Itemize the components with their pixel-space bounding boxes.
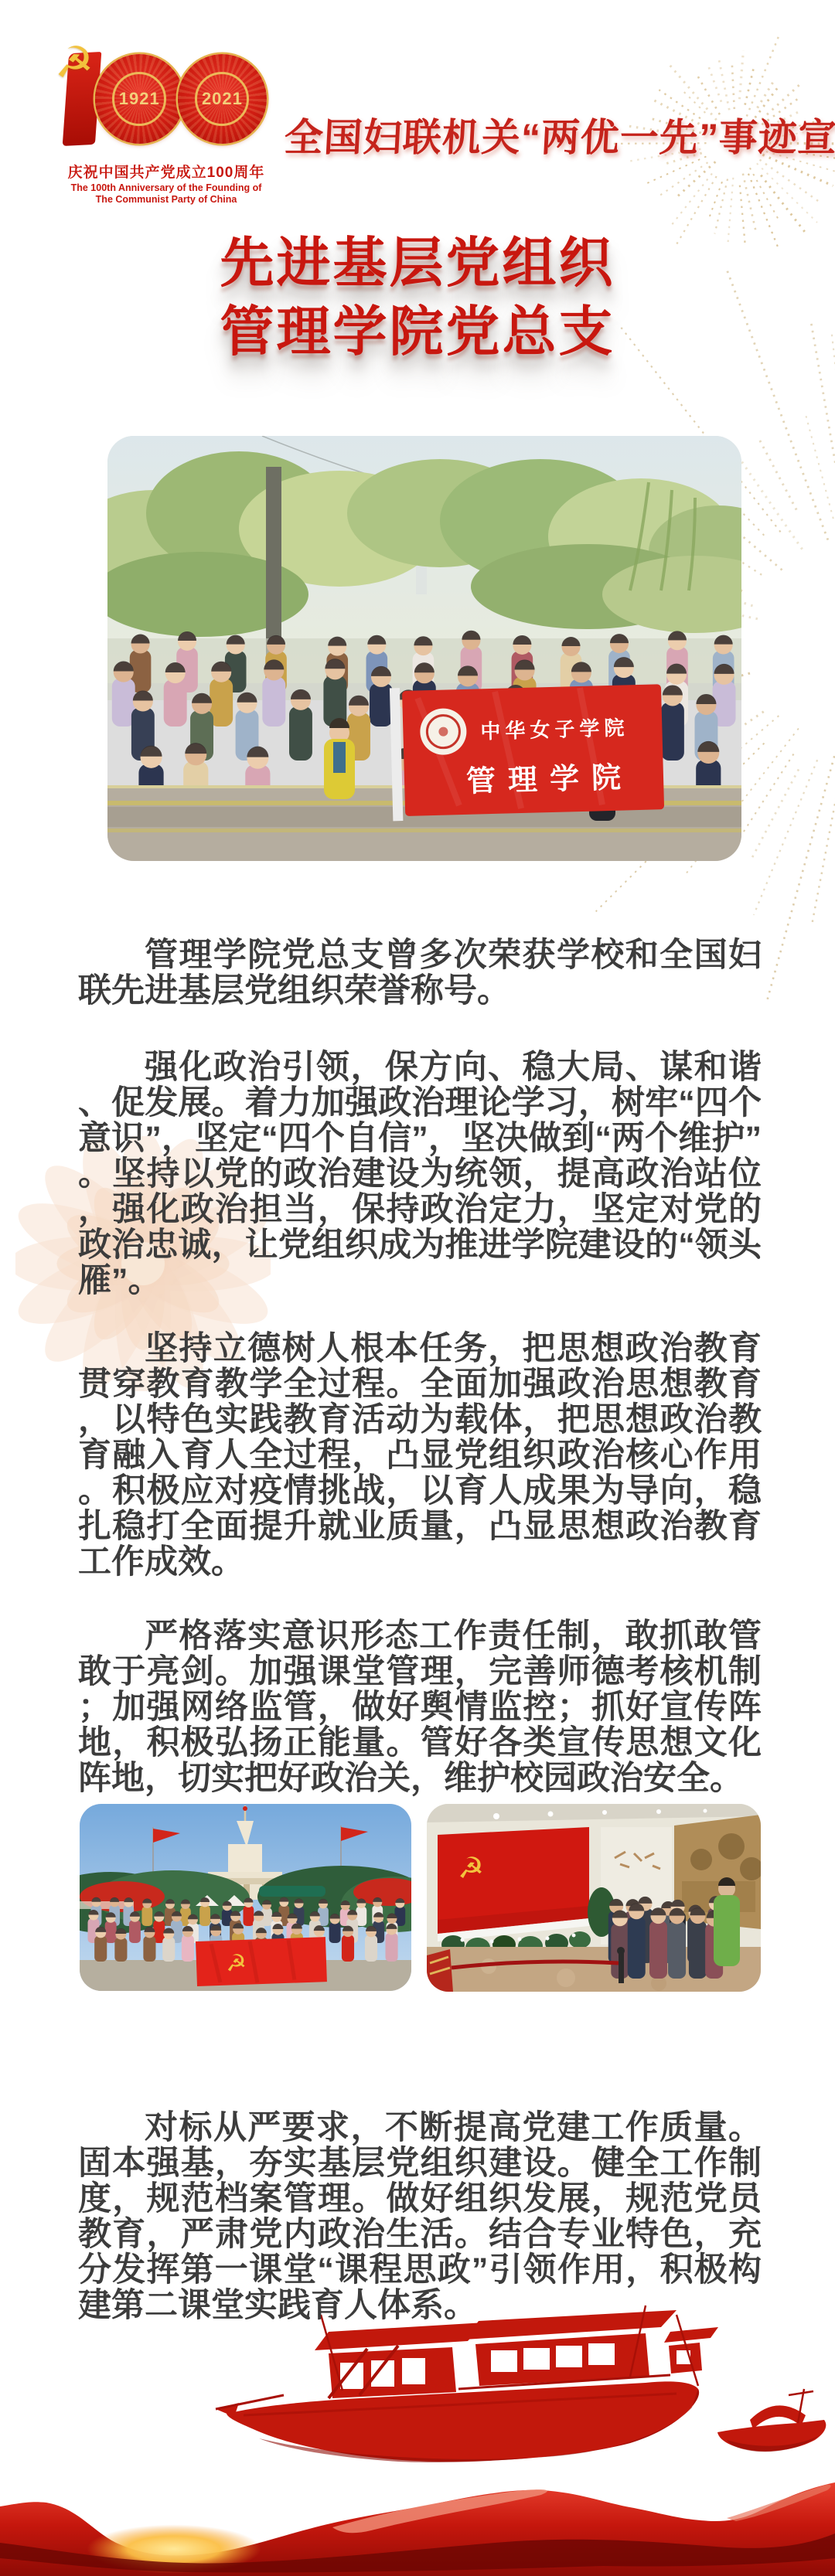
logo-gold-ring: 1921: [112, 72, 166, 126]
logo-caption-en-line2: The Communist Party of China: [35, 194, 298, 206]
logo-zero-1921: 1921: [95, 54, 184, 144]
paragraph-5: 对标从严要求，不断提高党建工作质量。固本强基，夯实基层党组织建设。健全工作制度，…: [78, 2110, 762, 2323]
page-title-line2: 管理学院党总支: [0, 298, 835, 366]
logo-zero-2021: 2021: [178, 54, 267, 144]
party-flag: ☭: [196, 1937, 327, 1986]
banner-org-text: 中华女子学院: [480, 716, 629, 743]
logo-caption-en-line1: The 100th Anniversary of the Founding of: [35, 182, 298, 194]
plaza-photo: ☭: [80, 1804, 411, 1991]
paragraph-4: 严格落实意识形态工作责任制，敢抓敢管敢于亮剑。加强课堂管理，完善师德考核机制；加…: [78, 1618, 762, 1796]
campaign-headline: 全国妇联机关“两优一先”事迹宣传: [283, 107, 835, 162]
logo-year-right: 2021: [202, 89, 243, 109]
page-title: 先进基层党组织 管理学院党总支: [0, 229, 835, 366]
red-wave-footer: [0, 2435, 835, 2576]
logo-gold-ring: 2021: [195, 72, 249, 126]
hammer-sickle-icon: ☭: [458, 1853, 484, 1885]
paragraph-3: 坚持立德树人根本任务，把思想政治教育贯穿教育教学全过程。全面加强政治思想教育，以…: [78, 1331, 762, 1580]
photo-banner: 中华女子学院 管理学院: [390, 681, 664, 821]
logo-100-numeral: ☭ 1921 2021: [66, 48, 267, 150]
group-photo: 中华女子学院 管理学院: [107, 436, 741, 861]
logo-year-left: 1921: [119, 89, 160, 109]
page-title-line1: 先进基层党组织: [0, 229, 835, 298]
logo-caption-en: The 100th Anniversary of the Founding of…: [35, 182, 298, 206]
paragraph-1: 管理学院党总支曾多次荣获学校和全国妇联先进基层党组织荣誉称号。: [78, 938, 762, 1009]
paragraph-2: 强化政治引领，保方向、稳大局、谋和谐、促发展。着力加强政治理论学习，树牢“四个意…: [78, 1050, 762, 1298]
red-flag-panel: ☭: [438, 1827, 589, 1934]
anniversary-logo: ☭ 1921 2021 庆祝中国共产党成立100周年 The 100th Ann…: [66, 48, 267, 150]
poster-page: ☭ 1921 2021 庆祝中国共产党成立100周年 The 100th Ann…: [0, 0, 835, 2576]
hammer-sickle-icon: ☭: [55, 37, 94, 88]
logo-caption-cn: 庆祝中国共产党成立100周年: [46, 161, 286, 182]
hammer-sickle-icon: ☭: [225, 1951, 247, 1977]
banner-dept-text: 管理学院: [466, 761, 634, 798]
oath-photo: ☭: [427, 1804, 761, 1992]
